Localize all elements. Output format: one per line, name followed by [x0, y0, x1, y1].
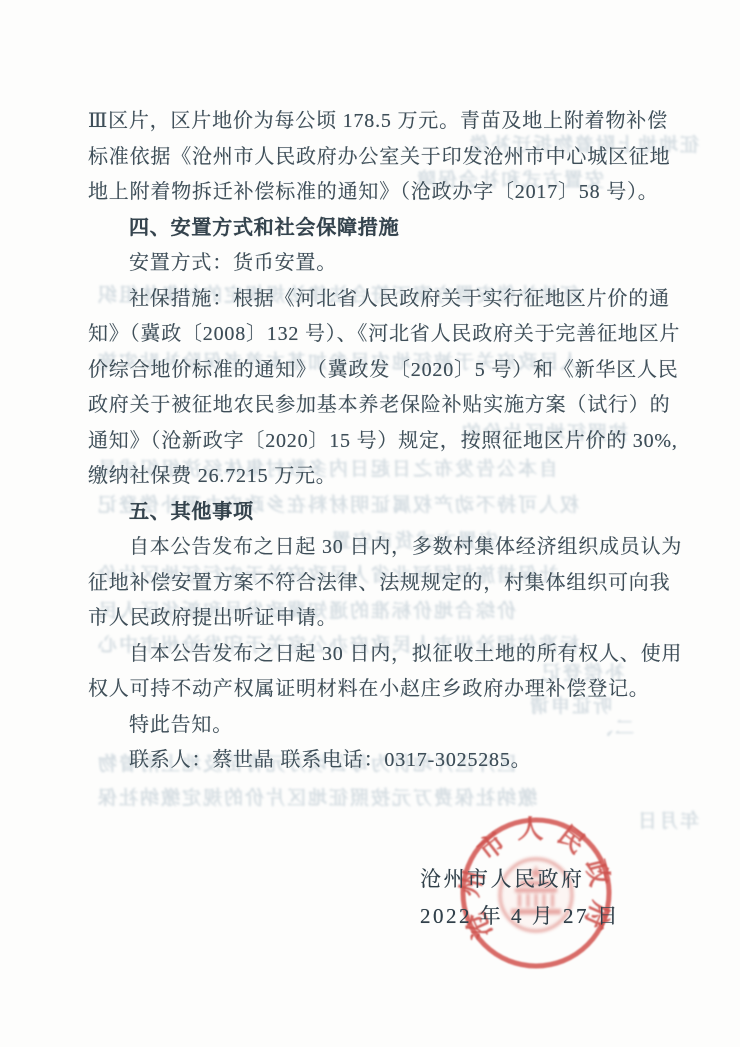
document-line: 自本公告发布之日起 30 日内，多数村集体经济组织成员认为	[88, 530, 656, 566]
document-line: 价综合地价标准的通知》（冀政发〔2020〕5 号）和《新华区人民	[88, 353, 656, 389]
document-line: 地上附着物拆迁补偿标准的通知》（沧政办字〔2017〕58 号）。	[88, 175, 656, 211]
document-line: 特此告知。	[88, 708, 656, 744]
document-line: 安置方式：货币安置。	[88, 246, 656, 282]
document-line: 权人可持不动产权属证明材料在小赵庄乡政府办理补偿登记。	[88, 672, 656, 708]
document-line: 联系人：蔡世晶 联系电话：0317-3025285。	[88, 743, 656, 779]
document-line: 自本公告发布之日起 30 日内，拟征收土地的所有权人、使用	[88, 637, 656, 673]
document-line: 政府关于被征地农民参加基本养老保险补贴实施方案（试行）的	[88, 388, 656, 424]
signature-date: 2022 年 4 月 27 日	[420, 898, 620, 935]
document-line: 市人民政府提出听证申请。	[88, 601, 656, 637]
signature-issuer: 沧州市人民政府	[420, 861, 620, 898]
signature-block: 沧州市人民政府 2022 年 4 月 27 日	[420, 861, 620, 935]
document-line: 缴纳社保费 26.7215 万元。	[88, 459, 656, 495]
section-heading: 五、其他事项	[88, 495, 656, 531]
document-page: 征地地上附着物拆迁补偿安置方式和社会保障征地补偿安置方案不符合法律法规规定的村集…	[0, 0, 740, 1047]
document-line: 标准依据《沧州市人民政府办公室关于印发沧州市中心城区征地	[88, 140, 656, 176]
section-heading: 四、安置方式和社会保障措施	[88, 211, 656, 247]
document-lines: Ⅲ区片，区片地价为每公顷 178.5 万元。青苗及地上附着物补偿标准依据《沧州市…	[88, 104, 656, 779]
document-line: 通知》（沧新政字〔2020〕15 号）规定，按照征地区片价的 30%,	[88, 424, 656, 460]
document-line: Ⅲ区片，区片地价为每公顷 178.5 万元。青苗及地上附着物补偿	[88, 104, 656, 140]
verso-show-through-line: 年月日	[636, 806, 699, 833]
document-line: 知》（冀政〔2008〕132 号）、《河北省人民政府关于完善征地区片	[88, 317, 656, 353]
document-line: 征地补偿安置方案不符合法律、法规规定的，村集体组织可向我	[88, 566, 656, 602]
document-line: 社保措施：根据《河北省人民政府关于实行征地区片价的通	[88, 282, 656, 318]
